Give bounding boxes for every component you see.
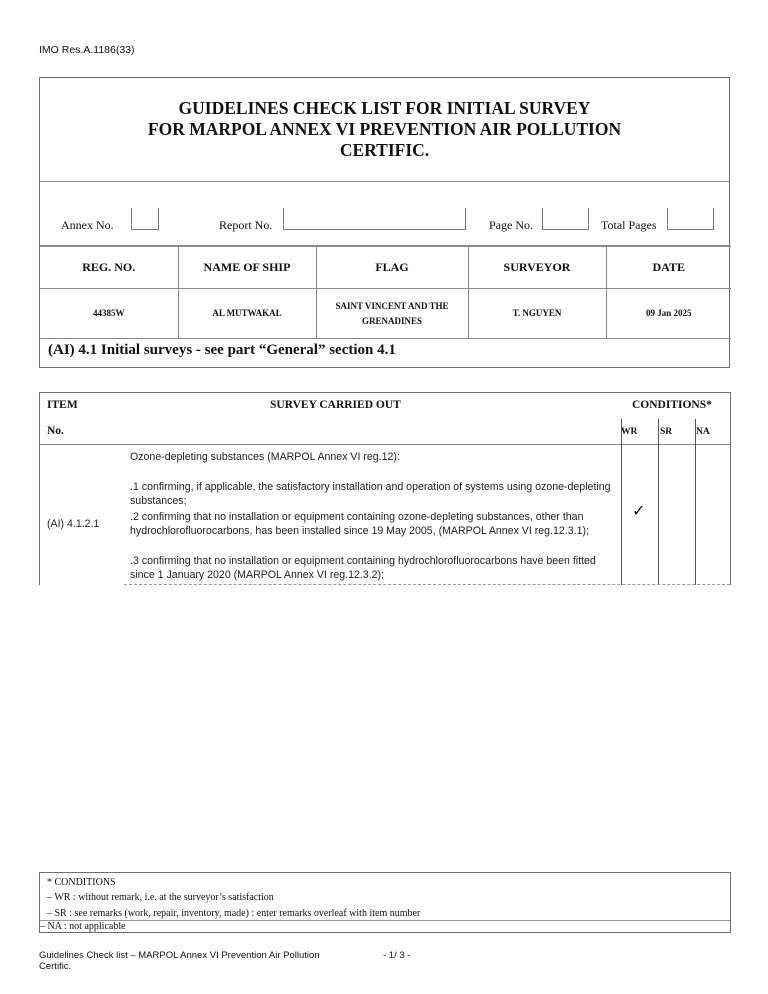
section-title: (AI) 4.1 Initial surveys - see part “Gen… <box>48 342 396 359</box>
conditions-title: * CONDITIONS <box>47 877 116 888</box>
header-item-no: No. <box>47 425 64 437</box>
header-reg-no: REG. NO. <box>40 247 178 289</box>
page-no-label: Page No. <box>489 218 533 233</box>
wr-checkmark[interactable]: ✓ <box>632 501 645 521</box>
annex-no-label: Annex No. <box>61 218 114 233</box>
ship-info-value-row: 44385W AL MUTWAKAL SAINT VINCENT AND THE… <box>40 289 731 339</box>
page-no-field[interactable] <box>542 208 589 230</box>
header-name-of-ship: NAME OF SHIP <box>178 247 316 289</box>
header-sr: SR <box>660 427 672 437</box>
ship-info-header-row: REG. NO. NAME OF SHIP FLAG SURVEYOR DATE <box>40 247 731 289</box>
item-point-3: .3 confirming that no installation or eq… <box>130 554 612 582</box>
checklist-table: ITEM No. SURVEY CARRIED OUT CONDITIONS* … <box>39 392 731 585</box>
document-fields-row: Annex No. Report No. Page No. Total Page… <box>40 182 729 246</box>
item-point-2: .2 confirming that no installation or eq… <box>130 510 612 538</box>
footer-page-number: - 1/ 3 - <box>383 950 410 961</box>
header-item: ITEM <box>47 399 78 411</box>
header-flag: FLAG <box>316 247 468 289</box>
sr-column-divider <box>658 419 659 585</box>
na-column-divider <box>695 419 696 585</box>
condition-wr: – WR : without remark, i.e. at the surve… <box>47 892 274 903</box>
title-line-1: GUIDELINES CHECK LIST FOR INITIAL SURVEY <box>40 98 729 119</box>
header-na: NA <box>696 427 710 437</box>
value-date: 09 Jan 2025 <box>606 289 731 339</box>
header-wr: WR <box>621 427 637 437</box>
header-surveyor: SURVEYOR <box>468 247 606 289</box>
header-divider <box>40 444 730 445</box>
footer-document-title: Guidelines Check list – MARPOL Annex VI … <box>39 950 329 972</box>
value-flag: SAINT VINCENT AND THE GRENADINES <box>316 289 468 339</box>
row-bottom-divider <box>124 584 730 585</box>
condition-sr: – SR : see remarks (work, repair, invent… <box>47 908 420 919</box>
value-reg-no: 44385W <box>40 289 178 339</box>
value-surveyor: T. NGUYEN <box>468 289 606 339</box>
header-date: DATE <box>606 247 731 289</box>
item-heading: Ozone-depleting substances (MARPOL Annex… <box>130 450 610 464</box>
report-no-field[interactable] <box>283 208 466 230</box>
ship-info-table: REG. NO. NAME OF SHIP FLAG SURVEYOR DATE… <box>40 246 731 339</box>
item-point-1: .1 confirming, if applicable, the satisf… <box>130 480 612 508</box>
condition-na: – NA : not applicable <box>40 921 126 932</box>
conditions-legend: * CONDITIONS – WR : without remark, i.e.… <box>39 872 731 933</box>
title-line-2: FOR MARPOL ANNEX VI PREVENTION AIR POLLU… <box>40 119 729 140</box>
conditions-divider <box>40 920 730 921</box>
title-line-3: CERTIFIC. <box>40 140 729 161</box>
report-no-label: Report No. <box>219 218 272 233</box>
document-reference: IMO Res.A.1186(33) <box>39 44 135 56</box>
header-conditions: CONDITIONS* <box>632 399 712 411</box>
title-area: GUIDELINES CHECK LIST FOR INITIAL SURVEY… <box>40 78 729 182</box>
wr-column-divider <box>621 419 622 585</box>
item-number: (AI) 4.1.2.1 <box>47 517 99 531</box>
annex-no-field[interactable] <box>131 208 159 230</box>
value-name-of-ship: AL MUTWAKAL <box>178 289 316 339</box>
header-survey-carried-out: SURVEY CARRIED OUT <box>270 399 401 411</box>
header-box: GUIDELINES CHECK LIST FOR INITIAL SURVEY… <box>39 77 730 368</box>
total-pages-field[interactable] <box>667 208 714 230</box>
total-pages-label: Total Pages <box>601 218 656 233</box>
